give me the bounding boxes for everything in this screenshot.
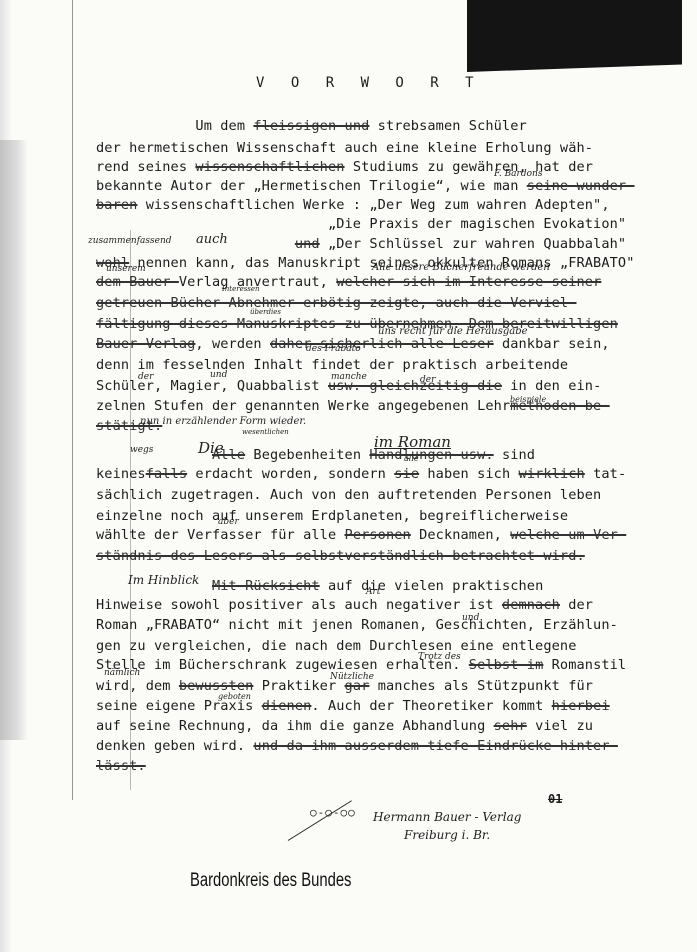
typed-text: bekannte Autor der „Hermetischen Trilogi…: [96, 178, 527, 194]
typed-text: haben sich: [419, 466, 518, 482]
struck-text: und: [295, 236, 320, 252]
typed-text: Hinweise sowohl positiver als auch negat…: [96, 597, 502, 613]
typed-text: wählte der Verfasser für alle: [96, 527, 345, 543]
annotation: Trotz des: [418, 652, 461, 662]
annotation: unserem: [106, 264, 146, 274]
typed-line: seine eigene Praxis dienen. Auch der The…: [96, 698, 610, 714]
annotation: manche: [331, 372, 367, 382]
annotation: Interessen: [222, 285, 260, 293]
typed-text: Begebenheiten: [245, 447, 369, 463]
annotation: uns recht für die Herausgabe: [378, 326, 528, 337]
typed-text: auf seine Rechnung, da ihm die ganze Abh…: [96, 718, 494, 734]
typed-line: gen zu vergleichen, die nach dem Durchle…: [96, 638, 576, 654]
struck-text: wirklich: [519, 466, 585, 482]
annotation: aber: [218, 517, 239, 527]
document-page: V O R W O R T Um dem fleissigen und stre…: [0, 0, 697, 952]
typed-text: Roman „FRABATO“ nicht mit jenen Romanen,…: [96, 617, 618, 633]
annotation: F. Bardons: [494, 169, 542, 179]
redaction-block: [467, 0, 682, 72]
annotation: der: [138, 372, 153, 382]
typed-text: zelnen Stufen der genannten Werke angege…: [96, 398, 510, 414]
typed-line: „Die Praxis der magischen Evokation": [96, 216, 626, 232]
struck-text: hierbei: [552, 698, 610, 714]
typed-text: Romanstil: [543, 657, 626, 673]
typed-line: Alle Begebenheiten Handlungen usw. sind: [96, 447, 535, 463]
typed-line: Roman „FRABATO“ nicht mit jenen Romanen,…: [96, 617, 618, 633]
struck-text: Bauer-Verlag: [96, 336, 195, 352]
document-title: V O R W O R T: [256, 75, 483, 91]
typed-text: sind: [494, 447, 535, 463]
typed-line: denken geben wird. und da ihm ausserdem …: [96, 738, 618, 754]
struck-text: demnach: [502, 597, 560, 613]
annotation: Die: [198, 439, 224, 457]
typed-text: wird, dem: [96, 678, 179, 694]
struck-text: welcher sich im Interesse seiner: [336, 274, 601, 290]
typed-text: keines: [96, 466, 146, 482]
typed-text: der: [560, 597, 593, 613]
struck-text: dem Bauer-: [96, 274, 179, 290]
typed-line: und „Der Schlüssel zur wahren Quabbalah": [96, 236, 626, 252]
typed-text: erdacht worden, sondern: [187, 466, 394, 482]
typed-text: rend seines: [96, 159, 195, 175]
typed-text: einzelne noch auf unserem Erdplaneten, b…: [96, 508, 568, 524]
typed-line: Um dem fleissigen und strebsamen Schüler: [96, 118, 527, 134]
typed-text: [96, 447, 212, 463]
annotation: der: [420, 375, 435, 385]
typed-text: „Die Praxis der magischen Evokation": [96, 216, 626, 232]
typed-line: sächlich zugetragen. Auch von den auftre…: [96, 487, 601, 503]
annotation: auch: [196, 232, 228, 247]
typed-line: keinesfalls erdacht worden, sondern sie …: [96, 466, 626, 482]
typed-line: wählte der Verfasser für alle Personen D…: [96, 527, 626, 543]
typed-line: baren wissenschaftlichen Werke : „Der We…: [96, 197, 610, 213]
typed-line: denn im fesselnden Inhalt findet der pra…: [96, 357, 568, 373]
publisher-line-2: Freiburg i. Br.: [404, 828, 490, 842]
scan-binding-shadow: [0, 140, 28, 740]
typed-text: gen zu vergleichen, die nach dem Durchle…: [96, 638, 576, 654]
annotation: Alle unsere Bücherfreunde werden: [372, 262, 550, 273]
struck-text: dienen: [262, 698, 312, 714]
typed-line: der hermetischen Wissenschaft auch eine …: [96, 140, 593, 156]
annotation: Im Hinblick: [128, 573, 199, 587]
annotation: wesentlichen: [242, 428, 289, 436]
publisher-line-1: Hermann Bauer - Verlag: [373, 810, 521, 824]
annotation: Nützliche: [330, 672, 374, 682]
struck-text: sie: [394, 466, 419, 482]
struck-text: welche um Ver-: [510, 527, 626, 543]
annotation: geboten: [218, 692, 251, 701]
annotation: überdies: [250, 308, 281, 316]
typed-text: Decknamen,: [411, 527, 510, 543]
publisher-logo: ○-○-○○: [310, 808, 356, 818]
typed-text: der hermetischen Wissenschaft auch eine …: [96, 140, 593, 156]
annotation: im Roman: [374, 433, 451, 451]
page-number: 01: [548, 792, 562, 806]
typed-text: auf die vielen praktischen: [320, 578, 544, 594]
typed-text: Stelle im Bücherschrank zugewiesen erhal…: [96, 657, 469, 673]
typed-text: dankbar sein,: [494, 336, 610, 352]
typed-text: . Auch der Theoretiker kommt: [311, 698, 551, 714]
typed-text: Studiums zu gewähren, hat der: [345, 159, 594, 175]
struck-text: Selbst im: [469, 657, 544, 673]
struck-text: sehr: [494, 718, 527, 734]
typed-text: wissenschaftlichen Werke : „Der Weg zum …: [137, 197, 609, 213]
scan-artifact-line: [72, 0, 73, 800]
struck-text: ständnis des Lesers als selbstverständli…: [96, 548, 585, 564]
struck-text: getreuen Bücher-Abnehmer erbötig zeigte,…: [96, 295, 576, 311]
typed-text: tat-: [585, 466, 626, 482]
typed-text: , werden: [195, 336, 270, 352]
annotation: und: [462, 613, 479, 623]
typed-text: viel zu: [527, 718, 593, 734]
typed-line: Stelle im Bücherschrank zugewiesen erhal…: [96, 657, 626, 673]
stamp-text: Bardonkreis des Bundes: [190, 870, 351, 892]
annotation: nämlich: [104, 668, 140, 678]
struck-text: baren: [96, 197, 137, 213]
typed-text: manches als Stützpunkt für: [369, 678, 593, 694]
typed-line: einzelne noch auf unserem Erdplaneten, b…: [96, 508, 568, 524]
typed-text: Schüler, Magier, Quabbalist: [96, 378, 328, 394]
struck-text: wissenschaftlichen: [195, 159, 344, 175]
typed-line: dem Bauer-Verlag anvertraut, welcher sic…: [96, 274, 601, 290]
typed-text: „Der Schlüssel zur wahren Quabbalah": [320, 236, 627, 252]
typed-line: ständnis des Lesers als selbstverständli…: [96, 548, 585, 564]
annotation: zusammenfassend: [88, 236, 172, 246]
typed-text: Um dem: [96, 118, 253, 134]
annotation: Art: [366, 587, 380, 597]
struck-text: und da ihm ausserdem tiefe Eindrücke hin…: [253, 738, 618, 754]
annotation: des Frabato: [306, 344, 361, 354]
typed-line: bekannte Autor der „Hermetischen Trilogi…: [96, 178, 634, 194]
annotation: wegs: [130, 445, 153, 455]
typed-line: Hinweise sowohl positiver als auch negat…: [96, 597, 593, 613]
struck-text: daher sicherlich alle Leser: [270, 336, 494, 352]
struck-text: fältigung dieses Manuskriptes zu überneh…: [96, 316, 618, 332]
struck-text: fleissigen und: [253, 118, 369, 134]
struck-text: seine wunder-: [527, 178, 635, 194]
struck-text: falls: [146, 466, 187, 482]
typed-text: denken geben wird.: [96, 738, 253, 754]
struck-text: Personen: [345, 527, 411, 543]
typed-text: strebsamen Schüler: [369, 118, 526, 134]
typed-line: lässt.: [96, 758, 146, 774]
typed-text: in den ein-: [502, 378, 601, 394]
annotation: nun in erzählender Form wieder.: [140, 416, 306, 427]
struck-text: Mit Rücksicht: [212, 578, 320, 594]
typed-line: wohl nennen kann, das Manuskript seines …: [96, 255, 634, 271]
typed-line: fältigung dieses Manuskriptes zu überneh…: [96, 316, 618, 332]
typed-text: denn im fesselnden Inhalt findet der pra…: [96, 357, 568, 373]
annotation: beispiele: [510, 395, 546, 404]
typed-line: auf seine Rechnung, da ihm die ganze Abh…: [96, 718, 593, 734]
typed-line: getreuen Bücher-Abnehmer erbötig zeigte,…: [96, 295, 576, 311]
typed-text: sächlich zugetragen. Auch von den auftre…: [96, 487, 601, 503]
annotation: und: [210, 370, 227, 380]
annotation: alle: [404, 454, 419, 463]
struck-text: lässt.: [96, 758, 146, 774]
